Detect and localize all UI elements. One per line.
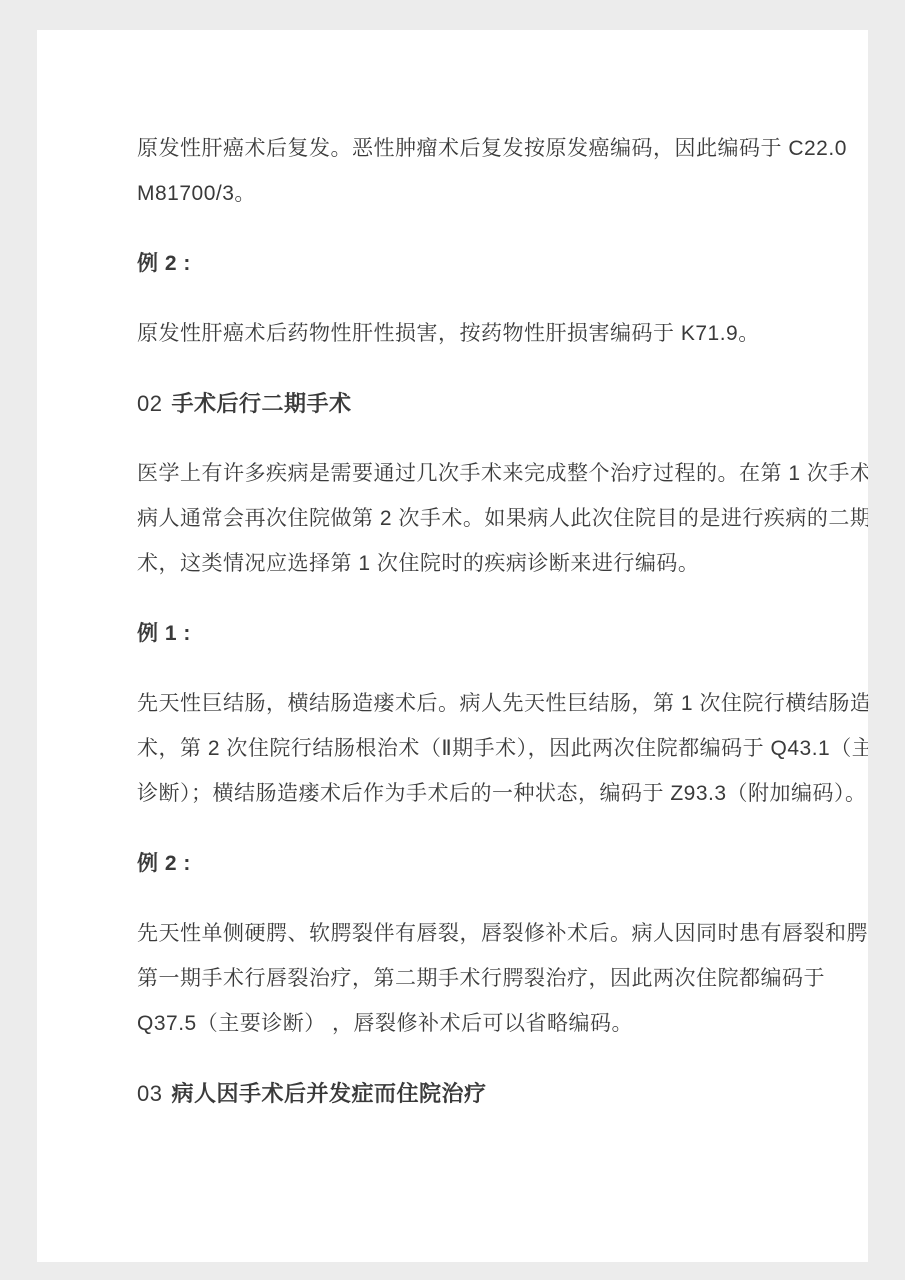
paragraph-line: 第一期手术行唇裂治疗，第二期手术行腭裂治疗，因此两次住院都编码于 <box>137 956 828 1001</box>
paragraph: 原发性肝癌术后药物性肝性损害，按药物性肝损害编码于 K71.9。 <box>137 311 828 356</box>
section-number: 03 <box>137 1081 162 1106</box>
paragraph-line: 病人通常会再次住院做第 2 次手术。如果病人此次住院目的是进行疾病的二期手 <box>137 496 828 541</box>
paragraph-line: 原发性肝癌术后药物性肝性损害，按药物性肝损害编码于 K71.9。 <box>137 311 828 356</box>
article-content: 原发性肝癌术后复发。恶性肿瘤术后复发按原发癌编码，因此编码于 C22.0 M81… <box>37 30 868 1116</box>
section-title: 手术后行二期手术 <box>171 391 351 416</box>
section-heading: 02手术后行二期手术 <box>137 381 828 426</box>
paragraph-line: 术，第 2 次住院行结肠根治术（Ⅱ期手术），因此两次住院都编码于 Q43.1（主… <box>137 726 828 771</box>
paragraph-line: 诊断）；横结肠造瘘术后作为手术后的一种状态，编码于 Z93.3（附加编码）。 <box>137 771 828 816</box>
paragraph: 原发性肝癌术后复发。恶性肿瘤术后复发按原发癌编码，因此编码于 C22.0 M81… <box>137 126 828 216</box>
section-title: 病人因手术后并发症而住院治疗 <box>171 1081 486 1106</box>
paragraph-line: Q37.5（主要诊断） ，唇裂修补术后可以省略编码。 <box>137 1001 828 1046</box>
paragraph-line: 术，这类情况应选择第 1 次住院时的疾病诊断来进行编码。 <box>137 541 828 586</box>
section-heading: 03病人因手术后并发症而住院治疗 <box>137 1071 828 1116</box>
paragraph-line: 先天性巨结肠，横结肠造瘘术后。病人先天性巨结肠，第 1 次住院行横结肠造瘘 <box>137 681 828 726</box>
paragraph-line: M81700/3。 <box>137 171 828 216</box>
paragraph-line: 医学上有许多疾病是需要通过几次手术来完成整个治疗过程的。在第 1 次手术后 <box>137 451 828 496</box>
example-label: 例 2 : <box>137 841 828 886</box>
paragraph-line: 原发性肝癌术后复发。恶性肿瘤术后复发按原发癌编码，因此编码于 C22.0 <box>137 126 828 171</box>
paragraph-line: 先天性单侧硬腭、软腭裂伴有唇裂，唇裂修补术后。病人因同时患有唇裂和腭裂， <box>137 911 828 956</box>
example-label: 例 2 : <box>137 241 828 286</box>
section-number: 02 <box>137 391 162 416</box>
paragraph: 先天性巨结肠，横结肠造瘘术后。病人先天性巨结肠，第 1 次住院行横结肠造瘘 术，… <box>137 681 828 816</box>
article-page: 原发性肝癌术后复发。恶性肿瘤术后复发按原发癌编码，因此编码于 C22.0 M81… <box>37 30 868 1262</box>
paragraph: 先天性单侧硬腭、软腭裂伴有唇裂，唇裂修补术后。病人因同时患有唇裂和腭裂， 第一期… <box>137 911 828 1046</box>
example-label: 例 1 : <box>137 611 828 656</box>
screenshot-canvas: 原发性肝癌术后复发。恶性肿瘤术后复发按原发癌编码，因此编码于 C22.0 M81… <box>0 0 905 1280</box>
paragraph: 医学上有许多疾病是需要通过几次手术来完成整个治疗过程的。在第 1 次手术后 病人… <box>137 451 828 586</box>
